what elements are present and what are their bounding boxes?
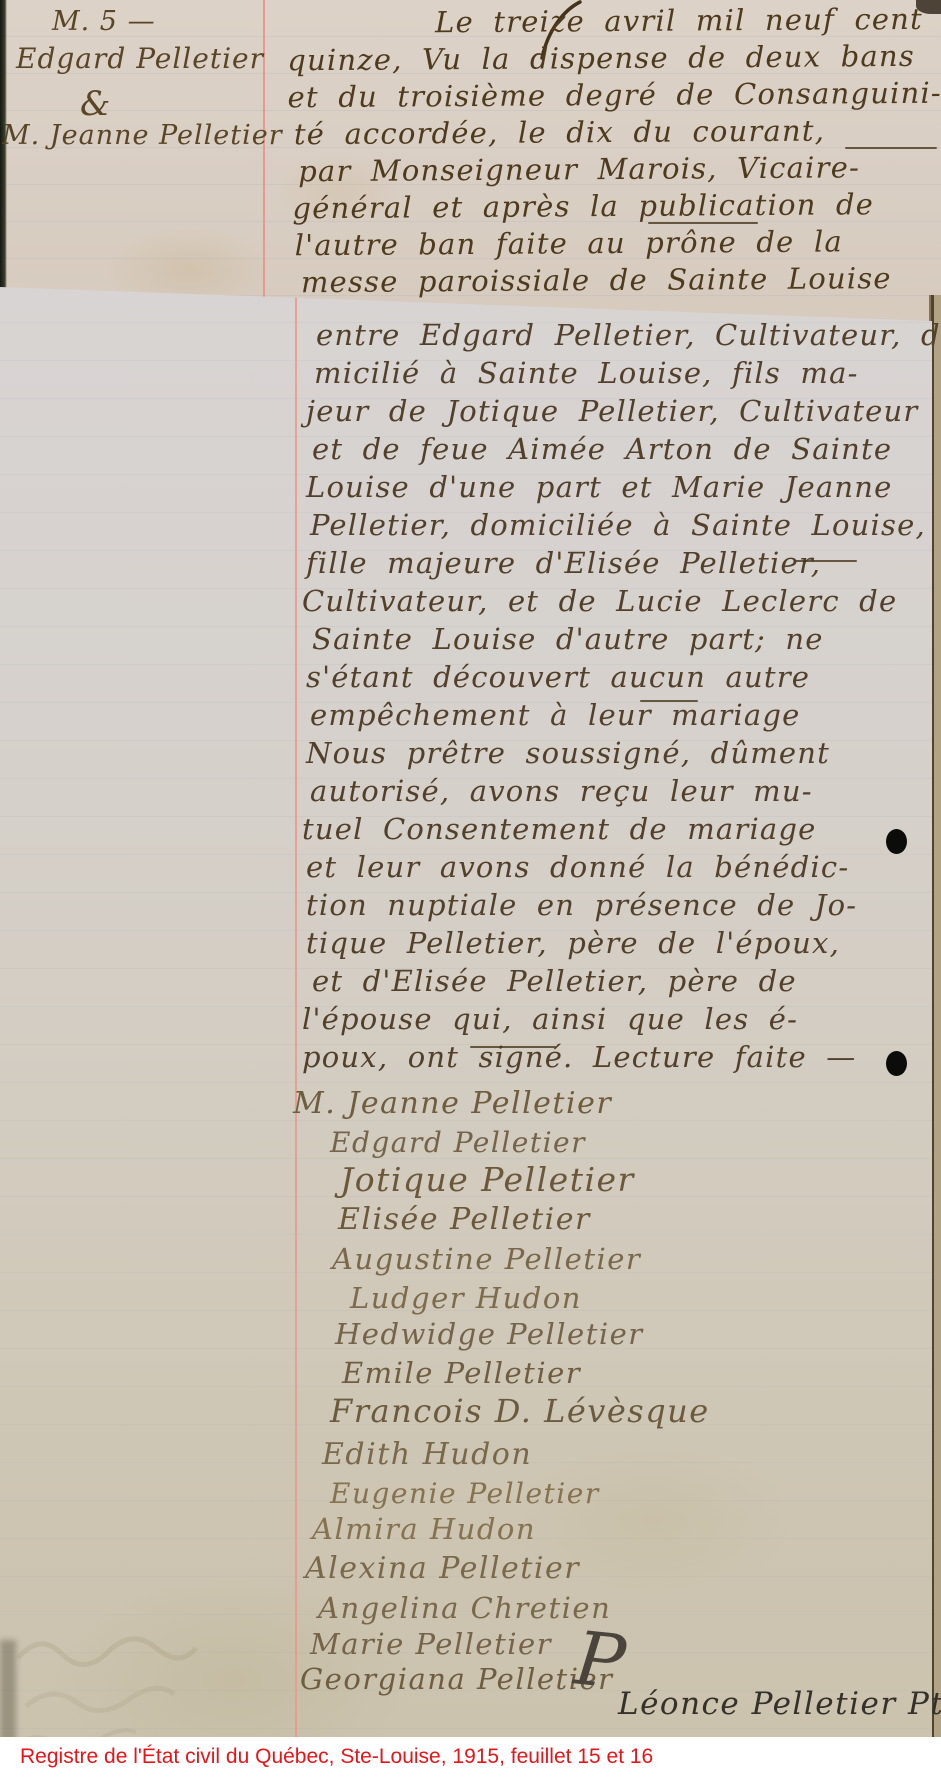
manuscript-line: général et après la publication de [288, 187, 941, 229]
manuscript-line: autorisé, avons reçu leur mu- [302, 774, 930, 812]
signature: Edith Hudon [322, 1437, 532, 1472]
record-number: M. 5 — [52, 6, 156, 37]
ink-underline [648, 222, 758, 224]
manuscript-line: et d'Elisée Pelletier, père de [302, 964, 930, 1002]
signature: Georgiana Pelletier [300, 1662, 614, 1696]
margin-bride-name: M. Jeanne Pelletier [2, 120, 283, 151]
signature: Angelina Chretien [318, 1591, 611, 1625]
signature: Marie Pelletier [310, 1627, 552, 1661]
manuscript-line: Pelletier, domiciliée à Sainte Louise, [302, 508, 930, 546]
manuscript-line: entre Edgard Pelletier, Cultivateur, do- [302, 318, 930, 356]
manuscript-line: té accordée, le dix du courant, [288, 113, 941, 155]
manuscript-line: micilié à Sainte Louise, fils ma- [302, 356, 930, 394]
signature: Edgard Pelletier [330, 1126, 586, 1159]
signature: Eugenie Pelletier [330, 1477, 600, 1510]
manuscript-line: et leur avons donné la bénédic- [302, 850, 930, 888]
signature: Augustine Pelletier [332, 1242, 641, 1276]
ink-underline [845, 147, 937, 149]
officiant-signature: Léonce Pelletier Ptre [618, 1686, 941, 1722]
ink-underline [795, 560, 857, 562]
manuscript-line: messe paroissiale de Sainte Louise [289, 261, 941, 303]
margin-rule-line-bottom [295, 285, 297, 1738]
manuscript-line: l'autre ban faite au prône de la [289, 224, 941, 266]
manuscript-line: par Monseigneur Marois, Vicaire- [288, 150, 941, 192]
manuscript-line: tuel Consentement de mariage [302, 812, 930, 850]
signature: Elisée Pelletier [338, 1202, 591, 1237]
manuscript-line: empêchement à leur mariage [302, 698, 930, 736]
manuscript-line: tique Pelletier, père de l'époux, [302, 926, 930, 964]
margin-groom-name: Edgard Pelletier [16, 42, 264, 75]
manuscript-line: fille majeure d'Elisée Pelletier, [302, 546, 930, 584]
signature: Almira Hudon [312, 1512, 536, 1546]
act-text-bottom: entre Edgard Pelletier, Cultivateur, do-… [302, 318, 930, 1078]
manuscript-line: Louise d'une part et Marie Jeanne [302, 470, 930, 508]
margin-ampersand: & [80, 84, 111, 124]
act-text-top: Le treize avril mil neuf cent quinze, Vu… [287, 2, 941, 303]
manuscript-line: et du troisième degré de Consanguini- [287, 76, 941, 118]
manuscript-line: Nous prêtre soussigné, dûment [302, 736, 930, 774]
signature: Emile Pelletier [342, 1356, 581, 1390]
signature: M. Jeanne Pelletier [293, 1086, 612, 1121]
punch-hole-dot [886, 829, 907, 854]
manuscript-line: Cultivateur, et de Lucie Leclerc de [302, 584, 930, 622]
signature: Jotique Pelletier [340, 1160, 635, 1199]
signature: Francois D. Lévèsque [330, 1392, 710, 1430]
manuscript-line: quinze, Vu la dispense de deux bans [287, 39, 941, 81]
manuscript-line: l'épouse qui, ainsi que les é- [302, 1002, 930, 1040]
ink-underline [470, 1046, 556, 1048]
signature: Alexina Pelletier [305, 1551, 580, 1586]
manuscript-line: s'étant découvert aucun autre [302, 660, 930, 698]
punch-hole-dot [886, 1051, 907, 1076]
archive-caption: Registre de l'État civil du Québec, Ste-… [20, 1745, 653, 1769]
signature: Ludger Hudon [350, 1281, 582, 1315]
manuscript-line: tion nuptiale en présence de Jo- [302, 888, 930, 926]
register-scan: M. 5 — Edgard Pelletier & M. Jeanne Pell… [0, 0, 941, 1790]
caption-strip: Registre de l'État civil du Québec, Ste-… [0, 1737, 941, 1790]
manuscript-line: Le treize avril mil neuf cent [287, 2, 941, 44]
manuscript-line: jeur de Jotique Pelletier, Cultivateur [302, 394, 930, 432]
signature: Hedwidge Pelletier [335, 1317, 644, 1351]
manuscript-line: Sainte Louise d'autre part; ne [302, 622, 930, 660]
manuscript-line: et de feue Aimée Arton de Sainte [302, 432, 930, 470]
ink-underline [640, 700, 698, 702]
manuscript-line: poux, ont signé. Lecture faite — [302, 1040, 930, 1078]
